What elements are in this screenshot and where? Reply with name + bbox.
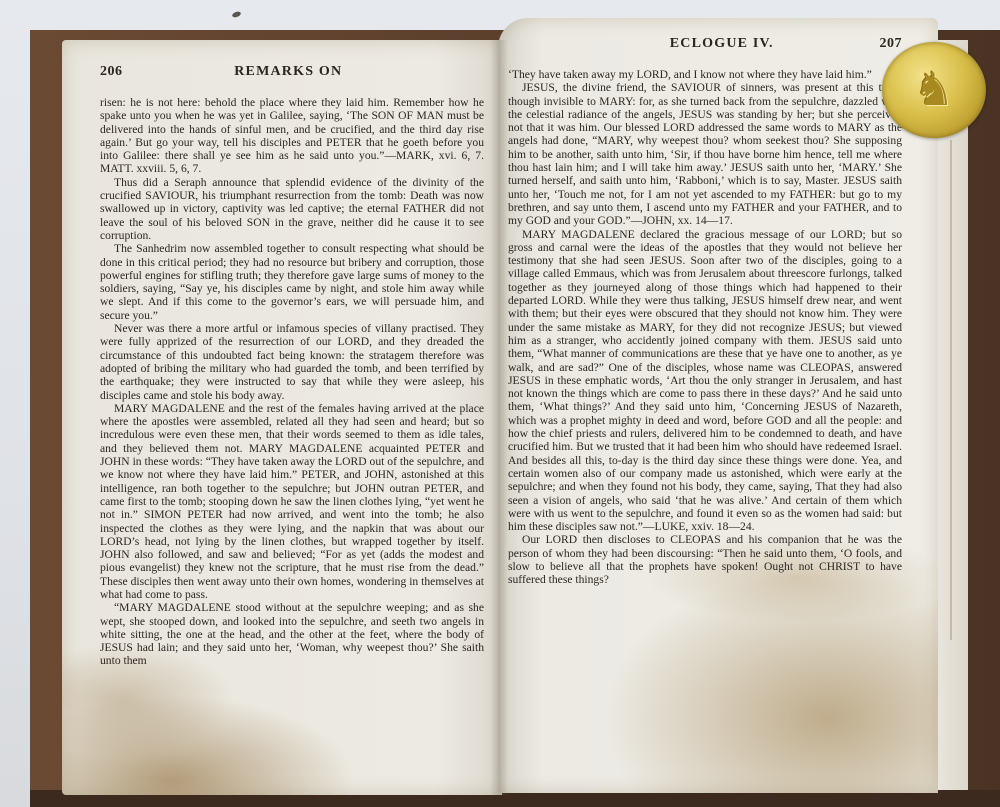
st-george-dragon-icon: ♞ — [896, 52, 972, 128]
right-page-body: ‘They have taken away my LORD, and I kno… — [504, 68, 902, 587]
paragraph: JESUS, the divine friend, the SAVIOUR of… — [508, 81, 902, 227]
paragraph: Never was there a more artful or infamou… — [100, 322, 484, 402]
right-page: ECLOGUE IV. 207 ‘They have taken away my… — [498, 18, 938, 793]
gold-coin: ♞ — [882, 42, 986, 138]
book-gutter — [490, 40, 508, 795]
running-head: REMARKS ON — [123, 64, 455, 80]
page-edge-line — [950, 140, 952, 640]
paragraph: The Sanhedrim now assembled together to … — [100, 242, 484, 322]
paragraph: Thus did a Seraph announce that splendid… — [100, 176, 484, 242]
paragraph: ‘They have taken away my LORD, and I kno… — [508, 68, 902, 81]
page-number: 207 — [880, 36, 903, 52]
paragraph: MARY MAGDALENE declared the gracious mes… — [508, 228, 902, 534]
left-page: 206 REMARKS ON risen: he is not here: be… — [62, 40, 502, 795]
left-page-header: 206 REMARKS ON — [100, 64, 484, 96]
paragraph: risen: he is not here: behold the place … — [100, 96, 484, 176]
left-page-body: risen: he is not here: behold the place … — [100, 96, 484, 668]
running-head: ECLOGUE IV. — [564, 36, 880, 52]
dust-speck — [231, 11, 241, 19]
book-photo: 206 REMARKS ON risen: he is not here: be… — [0, 0, 1000, 807]
right-page-header: ECLOGUE IV. 207 — [504, 36, 902, 68]
page-number: 206 — [100, 64, 123, 80]
paragraph: “MARY MAGDALENE stood without at the sep… — [100, 601, 484, 667]
paragraph: MARY MAGDALENE and the rest of the femal… — [100, 402, 484, 601]
page-block-edge — [938, 40, 968, 790]
paragraph: Our LORD then discloses to CLEOPAS and h… — [508, 533, 902, 586]
